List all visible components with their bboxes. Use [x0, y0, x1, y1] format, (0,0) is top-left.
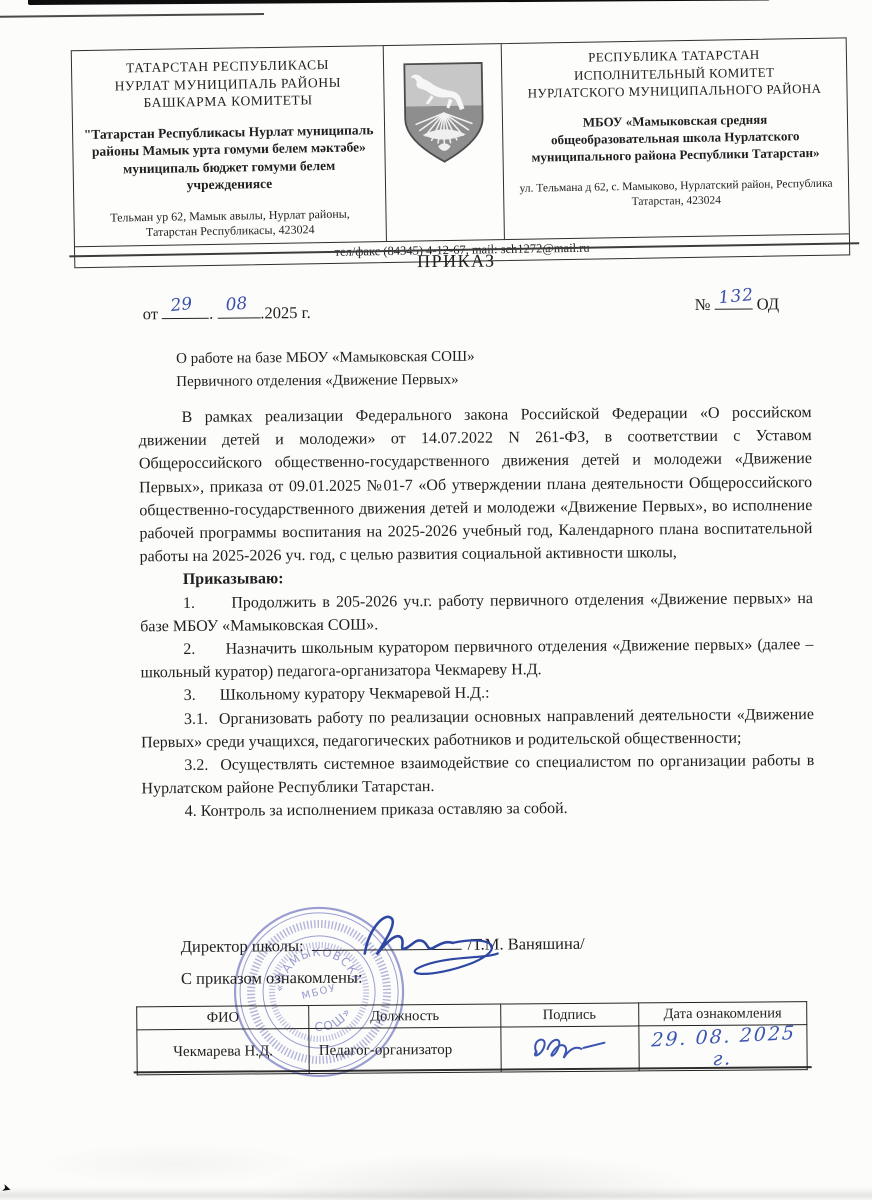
col-header-position: Должность — [309, 1004, 500, 1029]
document-page: ТАТАРСТАН РЕСПУБЛИКАСЫ НУРЛАТ МУНИЦИПАЛЬ… — [0, 0, 872, 1200]
order-item-3-1: 3.1. Организовать работу по реализации о… — [141, 703, 814, 755]
employee-signature-ink — [521, 1030, 619, 1063]
address-line: ул. Тельмана д 62, с. Мамыково, Нурлатск… — [508, 176, 844, 212]
order-number-line: № 132 ОД — [695, 291, 780, 315]
letterhead: ТАТАРСТАН РЕСПУБЛИКАСЫ НУРЛАТ МУНИЦИПАЛЬ… — [71, 37, 850, 267]
acknowledgement-table: ФИО Должность Подпись Дата ознакомления … — [136, 1001, 808, 1075]
date-month-blank: 08 — [217, 300, 260, 318]
director-label: Директор школы: — [181, 936, 304, 956]
subject-line: О работе на базе МБОУ «Мамыковская СОШ» — [176, 346, 475, 371]
cell-signature — [500, 1026, 639, 1072]
school-name-tatar: "Татарстан Республикасы Нурлат муниципал… — [77, 121, 381, 196]
subject-line: Первичного отделения «Движение Первых» — [176, 368, 475, 393]
order-item-4: 4. Контроль за исполнением приказа остав… — [142, 795, 815, 823]
cell-date: 29. 08. 2025 г. — [639, 1025, 808, 1071]
order-item-1: 1. Продолжить в 205-2026 уч.г. работу пе… — [140, 587, 813, 639]
handwritten-month: 08 — [225, 294, 248, 316]
cell-fio: Чекмарева Н.Д. — [137, 1029, 310, 1075]
table-row: Чекмарева Н.Д. Педагог-организатор 29. 0… — [137, 1025, 807, 1075]
order-body: В рамках реализации Федерального закона … — [138, 401, 814, 824]
intro-paragraph: В рамках реализации Федерального закона … — [138, 401, 812, 569]
date-line: от 29. 08.2025 г. — [143, 300, 311, 324]
cell-position: Педагог-организатор — [309, 1027, 501, 1074]
number-blank: 132 — [714, 292, 752, 310]
school-name-russian: МБОУ «Мамыковская средняя общеобразовате… — [507, 109, 844, 166]
date-separator: . — [209, 304, 213, 323]
handwritten-day: 29 — [170, 294, 194, 316]
number-label: № — [695, 295, 711, 314]
col-header-signature: Подпись — [500, 1003, 638, 1027]
col-header-fio: ФИО — [137, 1006, 309, 1030]
number-suffix: ОД — [757, 294, 780, 313]
date-prefix: от — [143, 304, 158, 323]
subject-block: О работе на базе МБОУ «Мамыковская СОШ» … — [176, 346, 475, 393]
director-signature-ink — [334, 896, 550, 998]
handwritten-number: 132 — [718, 285, 755, 308]
order-item-2: 2. Назначить школьным куратором первично… — [140, 633, 813, 685]
order-item-3-2: 3.2. Осуществлять системное взаимодейств… — [141, 749, 814, 801]
scanned-order-document: { "colors": { "paper": "#fcfcfb", "text_… — [0, 0, 872, 1200]
coat-of-arms-icon — [397, 58, 489, 167]
letterhead-right-russian: РЕСПУБЛИКА ТАТАРСТАН ИСПОЛНИТЕЛЬНЫЙ КОМИ… — [502, 38, 849, 238]
handwritten-ack-date: 29. 08. 2025 г. — [638, 1021, 807, 1074]
letterhead-left-tatar: ТАТАРСТАН РЕСПУБЛИКАСЫ НУРЛАТ МУНИЦИПАЛЬ… — [72, 46, 387, 246]
letterhead-emblem-cell — [384, 44, 505, 240]
date-day-blank: 29 — [162, 301, 209, 319]
date-year: .2025 г. — [260, 303, 310, 322]
